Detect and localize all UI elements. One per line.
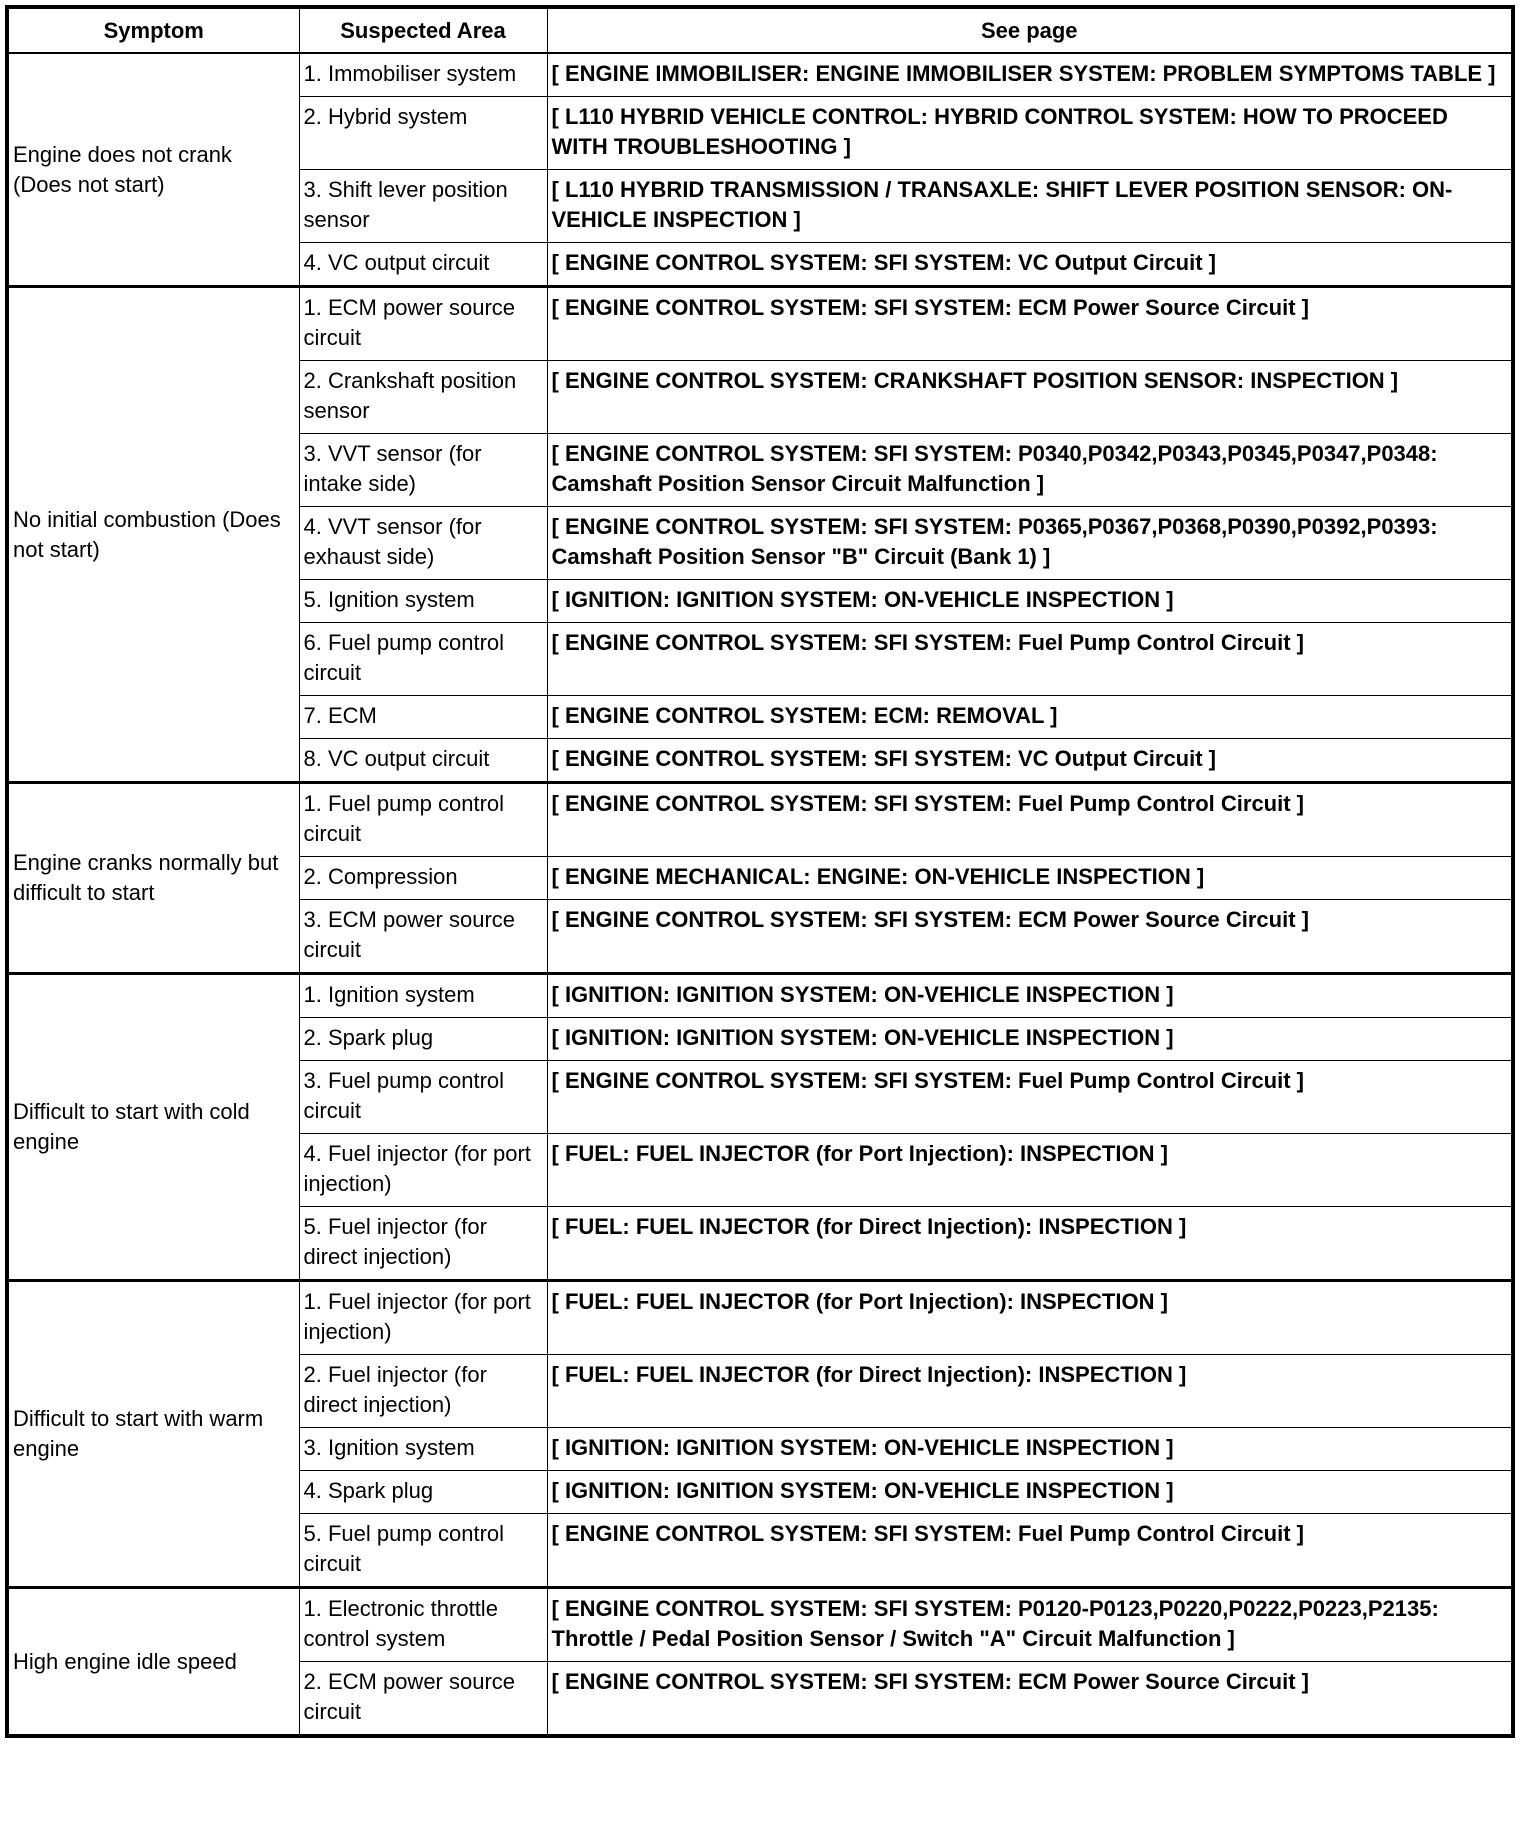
problem-symptoms-table-container: Symptom Suspected Area See page Engine d…: [5, 5, 1515, 1738]
see-page-link[interactable]: [ ENGINE CONTROL SYSTEM: SFI SYSTEM: Fue…: [547, 623, 1513, 696]
see-page-link[interactable]: [ FUEL: FUEL INJECTOR (for Port Injectio…: [547, 1134, 1513, 1207]
symptom-cell: No initial combustion (Does not start): [7, 287, 299, 783]
see-page-link[interactable]: [ ENGINE CONTROL SYSTEM: ECM: REMOVAL ]: [547, 696, 1513, 739]
suspected-area-cell: 3. Fuel pump control circuit: [299, 1061, 547, 1134]
see-page-link[interactable]: [ ENGINE CONTROL SYSTEM: SFI SYSTEM: ECM…: [547, 1662, 1513, 1737]
suspected-area-cell: 7. ECM: [299, 696, 547, 739]
suspected-area-cell: 2. Compression: [299, 857, 547, 900]
suspected-area-cell: 2. ECM power source circuit: [299, 1662, 547, 1737]
suspected-area-cell: 8. VC output circuit: [299, 739, 547, 783]
see-page-link[interactable]: [ ENGINE CONTROL SYSTEM: SFI SYSTEM: P03…: [547, 507, 1513, 580]
see-page-link[interactable]: [ ENGINE CONTROL SYSTEM: CRANKSHAFT POSI…: [547, 361, 1513, 434]
suspected-area-cell: 4. Fuel injector (for port injection): [299, 1134, 547, 1207]
symptom-cell: Difficult to start with warm engine: [7, 1281, 299, 1588]
suspected-area-cell: 6. Fuel pump control circuit: [299, 623, 547, 696]
suspected-area-cell: 1. Fuel injector (for port injection): [299, 1281, 547, 1355]
see-page-link[interactable]: [ ENGINE MECHANICAL: ENGINE: ON-VEHICLE …: [547, 857, 1513, 900]
suspected-area-cell: 4. VC output circuit: [299, 243, 547, 287]
header-see-page: See page: [547, 7, 1513, 53]
header-symptom: Symptom: [7, 7, 299, 53]
see-page-link[interactable]: [ IGNITION: IGNITION SYSTEM: ON-VEHICLE …: [547, 1018, 1513, 1061]
suspected-area-cell: 1. Ignition system: [299, 974, 547, 1018]
see-page-link[interactable]: [ ENGINE CONTROL SYSTEM: SFI SYSTEM: Fue…: [547, 1061, 1513, 1134]
suspected-area-cell: 1. Fuel pump control circuit: [299, 783, 547, 857]
see-page-link[interactable]: [ ENGINE CONTROL SYSTEM: SFI SYSTEM: VC …: [547, 739, 1513, 783]
see-page-link[interactable]: [ ENGINE CONTROL SYSTEM: SFI SYSTEM: VC …: [547, 243, 1513, 287]
symptom-cell: High engine idle speed: [7, 1588, 299, 1737]
suspected-area-cell: 1. Electronic throttle control system: [299, 1588, 547, 1662]
table-row: Difficult to start with warm engine1. Fu…: [7, 1281, 1513, 1355]
see-page-link[interactable]: [ ENGINE CONTROL SYSTEM: SFI SYSTEM: Fue…: [547, 1514, 1513, 1588]
suspected-area-cell: 5. Fuel injector (for direct injection): [299, 1207, 547, 1281]
see-page-link[interactable]: [ ENGINE CONTROL SYSTEM: SFI SYSTEM: P01…: [547, 1588, 1513, 1662]
see-page-link[interactable]: [ ENGINE CONTROL SYSTEM: SFI SYSTEM: ECM…: [547, 900, 1513, 974]
symptom-cell: Engine does not crank (Does not start): [7, 53, 299, 287]
see-page-link[interactable]: [ IGNITION: IGNITION SYSTEM: ON-VEHICLE …: [547, 1471, 1513, 1514]
see-page-link[interactable]: [ FUEL: FUEL INJECTOR (for Direct Inject…: [547, 1207, 1513, 1281]
table-header-row: Symptom Suspected Area See page: [7, 7, 1513, 53]
suspected-area-cell: 3. VVT sensor (for intake side): [299, 434, 547, 507]
symptom-cell: Difficult to start with cold engine: [7, 974, 299, 1281]
suspected-area-cell: 5. Fuel pump control circuit: [299, 1514, 547, 1588]
table-row: No initial combustion (Does not start)1.…: [7, 287, 1513, 361]
suspected-area-cell: 3. Ignition system: [299, 1428, 547, 1471]
table-row: Difficult to start with cold engine1. Ig…: [7, 974, 1513, 1018]
suspected-area-cell: 2. Spark plug: [299, 1018, 547, 1061]
see-page-link[interactable]: [ ENGINE CONTROL SYSTEM: SFI SYSTEM: Fue…: [547, 783, 1513, 857]
suspected-area-cell: 2. Fuel injector (for direct injection): [299, 1355, 547, 1428]
suspected-area-cell: 2. Hybrid system: [299, 97, 547, 170]
suspected-area-cell: 5. Ignition system: [299, 580, 547, 623]
symptom-cell: Engine cranks normally but difficult to …: [7, 783, 299, 974]
problem-symptoms-table: Symptom Suspected Area See page Engine d…: [5, 5, 1515, 1738]
see-page-link[interactable]: [ FUEL: FUEL INJECTOR (for Direct Inject…: [547, 1355, 1513, 1428]
see-page-link[interactable]: [ IGNITION: IGNITION SYSTEM: ON-VEHICLE …: [547, 1428, 1513, 1471]
see-page-link[interactable]: [ FUEL: FUEL INJECTOR (for Port Injectio…: [547, 1281, 1513, 1355]
see-page-link[interactable]: [ L110 HYBRID VEHICLE CONTROL: HYBRID CO…: [547, 97, 1513, 170]
suspected-area-cell: 4. Spark plug: [299, 1471, 547, 1514]
see-page-link[interactable]: [ L110 HYBRID TRANSMISSION / TRANSAXLE: …: [547, 170, 1513, 243]
see-page-link[interactable]: [ IGNITION: IGNITION SYSTEM: ON-VEHICLE …: [547, 580, 1513, 623]
suspected-area-cell: 2. Crankshaft position sensor: [299, 361, 547, 434]
suspected-area-cell: 4. VVT sensor (for exhaust side): [299, 507, 547, 580]
suspected-area-cell: 1. Immobiliser system: [299, 53, 547, 97]
see-page-link[interactable]: [ ENGINE CONTROL SYSTEM: SFI SYSTEM: P03…: [547, 434, 1513, 507]
see-page-link[interactable]: [ ENGINE IMMOBILISER: ENGINE IMMOBILISER…: [547, 53, 1513, 97]
suspected-area-cell: 3. ECM power source circuit: [299, 900, 547, 974]
table-body: Engine does not crank (Does not start)1.…: [7, 53, 1513, 1736]
see-page-link[interactable]: [ IGNITION: IGNITION SYSTEM: ON-VEHICLE …: [547, 974, 1513, 1018]
header-suspected-area: Suspected Area: [299, 7, 547, 53]
table-row: High engine idle speed1. Electronic thro…: [7, 1588, 1513, 1662]
suspected-area-cell: 1. ECM power source circuit: [299, 287, 547, 361]
suspected-area-cell: 3. Shift lever position sensor: [299, 170, 547, 243]
see-page-link[interactable]: [ ENGINE CONTROL SYSTEM: SFI SYSTEM: ECM…: [547, 287, 1513, 361]
table-row: Engine cranks normally but difficult to …: [7, 783, 1513, 857]
table-row: Engine does not crank (Does not start)1.…: [7, 53, 1513, 97]
